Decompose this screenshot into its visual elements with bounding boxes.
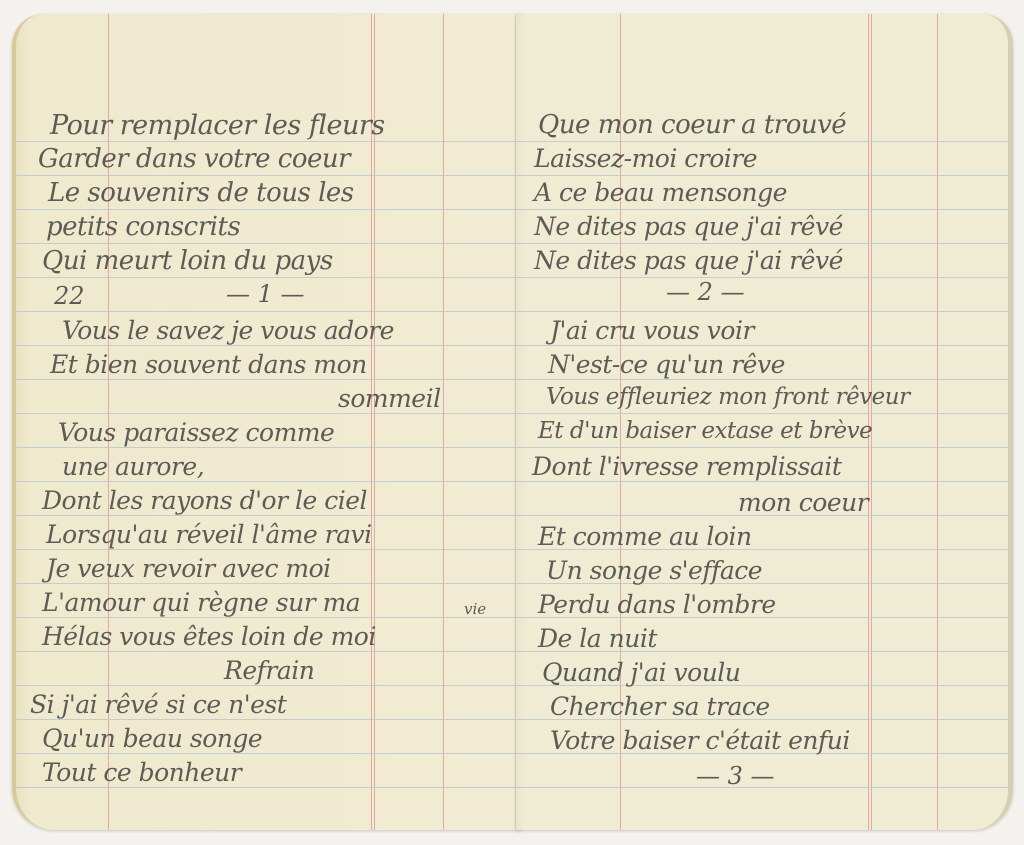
handwritten-line: Laissez-moi croire bbox=[534, 144, 757, 173]
handwritten-line: N'est-ce qu'un rêve bbox=[548, 350, 785, 379]
handwritten-line: Vous effleuriez mon front rêveur bbox=[546, 384, 910, 410]
handwritten-line: Vous le savez je vous adore bbox=[62, 316, 394, 345]
handwritten-line: De la nuit bbox=[538, 624, 657, 653]
handwritten-line: Ne dites pas que j'ai rêvé bbox=[534, 212, 843, 241]
handwritten-line: A ce beau mensonge bbox=[534, 178, 787, 207]
handwritten-line: Qu'un beau songe bbox=[42, 724, 262, 753]
handwritten-line: Votre baiser c'était enfui bbox=[550, 726, 850, 755]
right-page: Que mon coeur a trouvé Laissez-moi croir… bbox=[516, 14, 1013, 830]
handwritten-line: petits conscrits bbox=[46, 212, 240, 242]
handwritten-line: Chercher sa trace bbox=[550, 692, 770, 721]
handwritten-line: Et bien souvent dans mon bbox=[50, 350, 367, 379]
handwritten-line: Perdu dans l'ombre bbox=[538, 590, 776, 619]
handwritten-line: Lorsqu'au réveil l'âme ravi bbox=[46, 520, 372, 549]
handwritten-line: Dont l'ivresse remplissait bbox=[532, 452, 841, 481]
handwritten-line: Quand j'ai voulu bbox=[542, 658, 740, 687]
inserted-word: vie bbox=[464, 600, 486, 618]
handwritten-line: J'ai cru vous voir bbox=[550, 316, 754, 345]
page-number: — 3 — bbox=[696, 762, 775, 790]
handwritten-line: Ne dites pas que j'ai rêvé bbox=[534, 246, 843, 275]
handwritten-line: Garder dans votre coeur bbox=[38, 144, 350, 174]
handwritten-line: Pour remplacer les fleurs bbox=[50, 110, 385, 141]
handwritten-line: sommeil bbox=[338, 384, 441, 413]
handwritten-line: Vous paraissez comme bbox=[58, 418, 334, 447]
handwritten-line: Je veux revoir avec moi bbox=[46, 554, 331, 583]
handwritten-line: mon coeur bbox=[738, 488, 868, 517]
handwritten-line: Dont les rayons d'or le ciel bbox=[42, 486, 367, 515]
handwritten-line: Tout ce bonheur bbox=[42, 758, 241, 787]
handwritten-line: Un songe s'efface bbox=[546, 556, 762, 585]
left-page: Pour remplacer les fleurs Garder dans vo… bbox=[12, 14, 521, 830]
handwritten-line: Le souvenirs de tous les bbox=[48, 178, 354, 208]
handwritten-line: Et comme au loin bbox=[538, 522, 752, 551]
handwritten-line: Hélas vous êtes loin de moi bbox=[42, 622, 376, 651]
handwritten-line: une aurore, bbox=[62, 452, 204, 481]
handwritten-line: Et d'un baiser extase et brève bbox=[538, 418, 872, 444]
handwritten-line: L'amour qui règne sur ma bbox=[42, 588, 360, 617]
handwritten-line: Si j'ai rêvé si ce n'est bbox=[30, 690, 286, 719]
page-number: — 1 — bbox=[226, 280, 305, 308]
refrain-heading: Refrain bbox=[224, 656, 314, 685]
handwritten-line: Qui meurt loin du pays bbox=[42, 246, 333, 276]
margin-number: 22 bbox=[54, 282, 85, 310]
page-number: — 2 — bbox=[666, 278, 745, 306]
notebook-spread: Pour remplacer les fleurs Garder dans vo… bbox=[12, 14, 1010, 832]
handwritten-line: Que mon coeur a trouvé bbox=[538, 110, 846, 140]
